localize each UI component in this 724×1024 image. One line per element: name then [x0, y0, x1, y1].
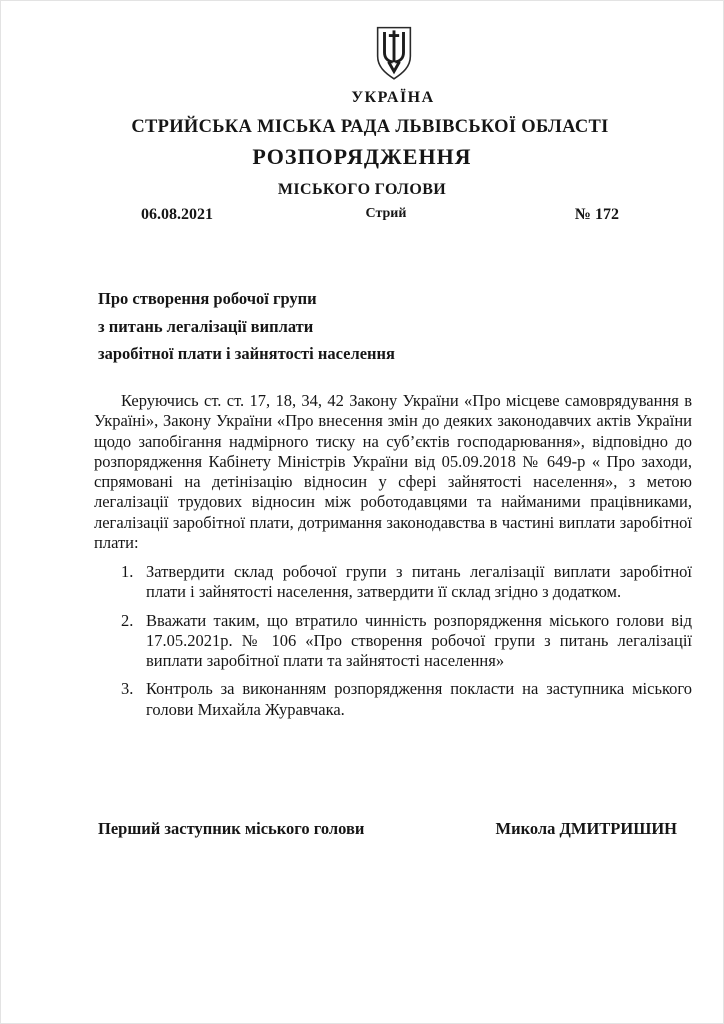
signatory-position: Перший заступник міського голови	[98, 819, 364, 839]
subject-line: Про створення робочої групи	[98, 285, 518, 313]
item-number: 2.	[121, 611, 146, 672]
order-list: 1. Затвердити склад робочої групи з пита…	[121, 562, 692, 728]
order-item: 1. Затвердити склад робочої групи з пита…	[121, 562, 692, 603]
date-place-number-row: 06.08.2021 Стрий № 172	[1, 206, 723, 228]
authority-name: СТРИЙСЬКА МІСЬКА РАДА ЛЬВІВСЬКОЇ ОБЛАСТІ	[9, 117, 724, 138]
document-type-title: РОЗПОРЯДЖЕННЯ	[1, 144, 723, 170]
document-subtype-title: МІСЬКОГО ГОЛОВИ	[1, 181, 723, 199]
order-item: 3. Контроль за виконанням розпорядження …	[121, 679, 692, 720]
item-text: Вважати таким, що втратило чинність розп…	[146, 611, 692, 672]
signatory-name: Микола ДМИТРИШИН	[496, 819, 678, 839]
item-number: 3.	[121, 679, 146, 720]
item-number: 1.	[121, 562, 146, 603]
preamble-paragraph: Керуючись ст. ст. 17, 18, 34, 42 Закону …	[94, 391, 692, 553]
subject-block: Про створення робочої групи з питань лег…	[98, 285, 518, 368]
ukraine-coat-of-arms	[375, 25, 413, 82]
document-page: УКРАЇНА СТРИЙСЬКА МІСЬКА РАДА ЛЬВІВСЬКОЇ…	[0, 0, 724, 1024]
subject-line: заробітної плати і зайнятості населення	[98, 340, 518, 368]
document-place: Стрий	[25, 206, 724, 222]
signature-row: Перший заступник міського голови Микола …	[98, 819, 677, 839]
item-text: Контроль за виконанням розпорядження пок…	[146, 679, 692, 720]
item-text: Затвердити склад робочої групи з питань …	[146, 562, 692, 603]
trident-icon	[375, 25, 413, 82]
document-number: № 172	[575, 206, 619, 224]
order-item: 2. Вважати таким, що втратило чинність р…	[121, 611, 692, 672]
country-name: УКРАЇНА	[32, 89, 724, 107]
subject-line: з питань легалізації виплати	[98, 313, 518, 341]
